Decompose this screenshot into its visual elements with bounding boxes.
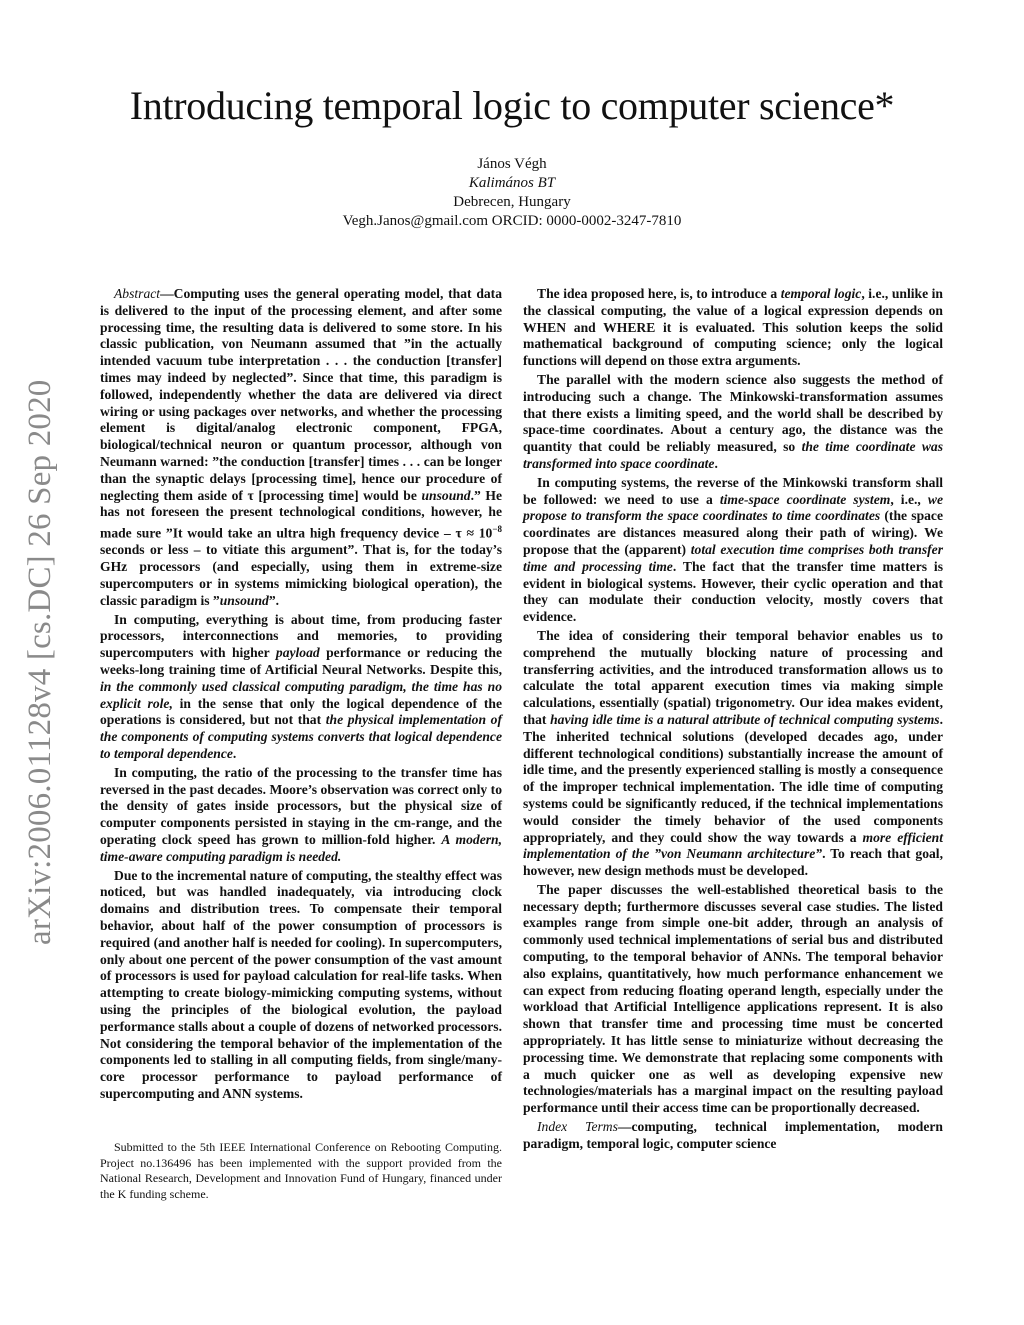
index-terms: Index Terms—computing, technical impleme… [523, 1119, 943, 1153]
left-column: Abstract—Computing uses the general oper… [100, 286, 502, 1105]
arxiv-identifier-stamp: arXiv:2006.01128v4 [cs.DC] 26 Sep 2020 [22, 380, 59, 946]
abstract-paragraph: In computing systems, the reverse of the… [523, 475, 943, 626]
abstract-paragraph: Due to the incremental nature of computi… [100, 868, 502, 1103]
abstract-paragraph: In computing, the ratio of the processin… [100, 765, 502, 866]
author-block: János Végh Kalimános BT Debrecen, Hungar… [0, 155, 1024, 231]
index-terms-label: Index Terms [537, 1119, 618, 1134]
author-affiliation: Kalimános BT [0, 174, 1024, 193]
author-location: Debrecen, Hungary [0, 193, 1024, 212]
abstract-paragraph: The idea proposed here, is, to introduce… [523, 286, 943, 370]
abstract-label: Abstract [114, 286, 160, 301]
abstract-paragraph: The idea of considering their temporal b… [523, 628, 943, 880]
abstract-paragraph: Abstract—Computing uses the general oper… [100, 286, 502, 610]
right-column: The idea proposed here, is, to introduce… [523, 286, 943, 1155]
abstract-paragraph: The parallel with the modern science als… [523, 372, 943, 473]
abstract-paragraph: In computing, everything is about time, … [100, 612, 502, 763]
author-name: János Végh [0, 155, 1024, 174]
footnote-text: Submitted to the 5th IEEE International … [100, 1140, 502, 1202]
paper-title: Introducing temporal logic to computer s… [0, 82, 1024, 129]
author-contact: Vegh.Janos@gmail.com ORCID: 0000-0002-32… [0, 212, 1024, 231]
abstract-paragraph: The paper discusses the well-established… [523, 882, 943, 1117]
footnote: Submitted to the 5th IEEE International … [100, 1140, 502, 1202]
